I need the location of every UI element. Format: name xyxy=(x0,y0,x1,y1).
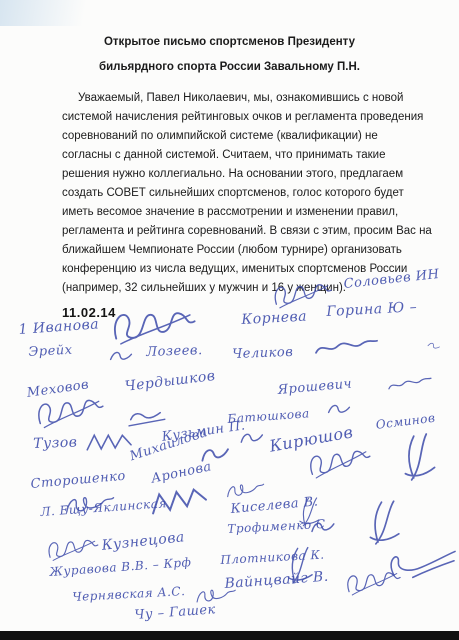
signature: Корнева xyxy=(241,309,307,328)
signature-scribble xyxy=(126,407,167,430)
signature-scribble xyxy=(398,432,442,482)
signature-scribble xyxy=(308,516,338,538)
signature: Сторошенко xyxy=(30,469,126,492)
signature: Осминов xyxy=(375,411,436,432)
signature: Тузов xyxy=(33,434,78,452)
signature-scribble xyxy=(108,303,198,348)
signature: Эрейх xyxy=(28,343,73,360)
scan-bottom-edge xyxy=(0,631,459,640)
signature: Ярошевич xyxy=(277,376,353,397)
signature-scribble xyxy=(304,334,389,360)
signature-scribble xyxy=(342,560,404,604)
signature: Лозеев. xyxy=(146,343,203,360)
signature: Чердышков xyxy=(124,368,216,395)
signature-scribble xyxy=(386,371,434,396)
signature: Соловьев ИН xyxy=(343,267,440,292)
signature: 1 Иванова xyxy=(18,316,100,338)
letter-page: Открытое письмо спортсменов Президенту б… xyxy=(0,0,459,640)
signature-area: Соловьев ИН1 ИвановаКорневаГорина Ю –Эре… xyxy=(0,0,459,640)
signature: Челиков xyxy=(232,345,294,362)
signature: Чернявская А.С. xyxy=(72,584,186,604)
signature: Вайнцвайг В. xyxy=(224,569,329,592)
signature: Чу – Гашек xyxy=(134,602,216,623)
signature-scribble xyxy=(108,346,134,366)
signature-scribble xyxy=(326,400,352,418)
signature: Кузнецова xyxy=(101,529,186,554)
signature: Горина Ю – xyxy=(326,299,418,320)
signature-scribble xyxy=(425,336,444,356)
